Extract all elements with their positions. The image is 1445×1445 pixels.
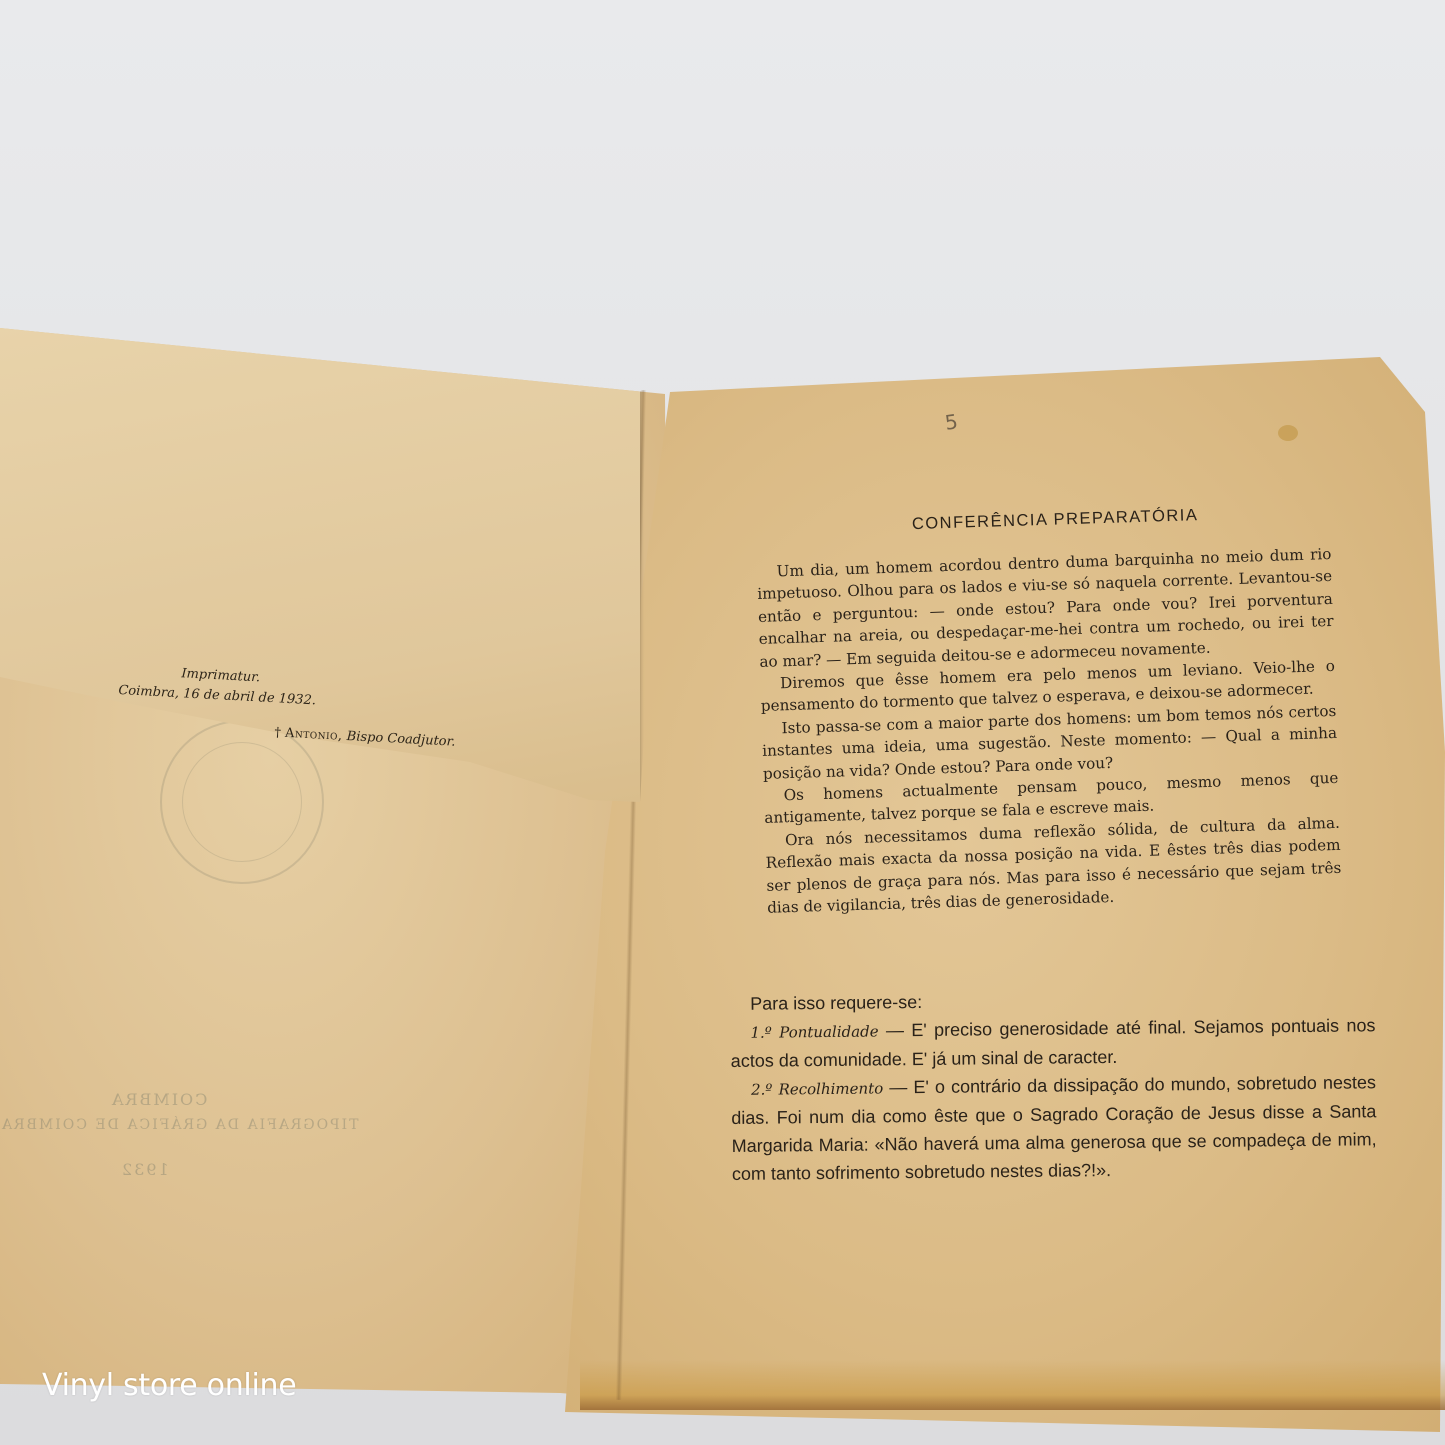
paragraph: Ora nós necessitamos duma reflexão sólid… xyxy=(765,812,1343,920)
list-item: 2.º Recolhimento — E' o contrário da dis… xyxy=(731,1068,1377,1188)
bleed-through-city: COIMBRA xyxy=(110,1090,207,1109)
list-item: 1.º Pontualidade — E' preciso generosida… xyxy=(730,1011,1376,1075)
cross-icon: † xyxy=(274,725,281,740)
item-title: Recolhimento xyxy=(778,1079,883,1098)
paragraph: Um dia, um homem acordou dentro duma bar… xyxy=(756,543,1334,673)
water-stain xyxy=(580,1360,1445,1410)
signature-name: Antonio, xyxy=(285,726,343,744)
stain-spot xyxy=(1278,425,1298,441)
item-title: Pontualidade xyxy=(779,1022,879,1041)
bleed-through-year: 1932 xyxy=(120,1160,169,1179)
item-number: 2.º xyxy=(751,1081,773,1099)
faded-seal-stamp xyxy=(160,720,324,884)
item-number: 1.º xyxy=(750,1024,772,1042)
bleed-through-press: TIPOGRAFIA DA GRÁFICA DE COIMBRA xyxy=(0,1117,358,1133)
photo-scene: NOTAS DUM RETIRO COIMBRA TIPOGRAFIA DA G… xyxy=(0,0,1445,1445)
conference-text: CONFERÊNCIA PREPARATÓRIA Um dia, um home… xyxy=(755,500,1407,919)
store-watermark: Vinyl store online xyxy=(42,1368,296,1403)
requirements-list: Para isso requere-se: 1.º Pontualidade —… xyxy=(730,983,1402,1188)
